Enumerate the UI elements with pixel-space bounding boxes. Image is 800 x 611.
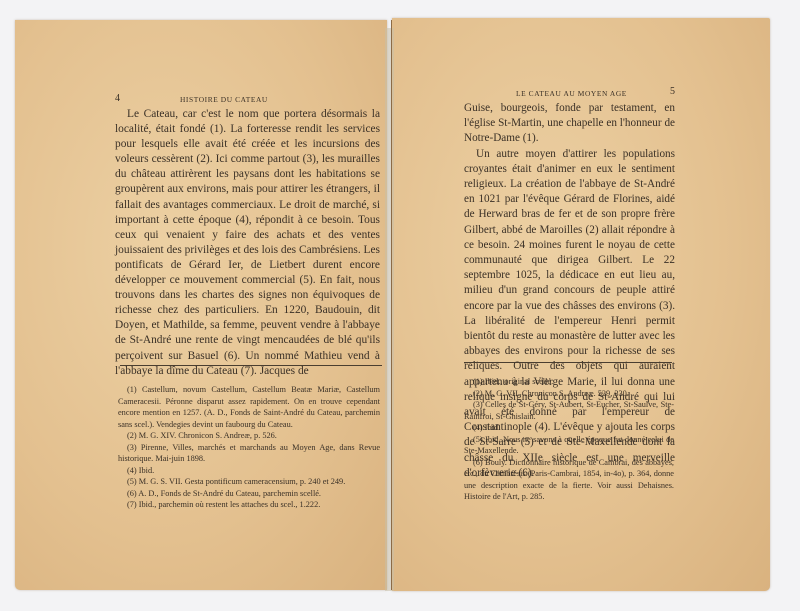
left-body-text: Le Cateau, car c'est le nom que portera … — [115, 107, 380, 379]
footnote: (6) A. D., Fonds de St-André du Cateau, … — [118, 488, 380, 500]
footnote: (5) M. G. S. VII. Gesta pontificum camer… — [118, 476, 380, 488]
left-running-head: HISTOIRE DU CATEAU — [180, 95, 268, 104]
footnote: (3) Celles de St-Géry, St-Aubert, St-Euc… — [464, 399, 674, 422]
footnote: (1) Ibid., original scellé. — [464, 376, 674, 388]
footnote: (4) Ibid. — [118, 465, 380, 477]
left-page-number: 4 — [115, 93, 120, 104]
footnote: (2) M. G. XIV. Chronicon S. Andreæ, p. 5… — [118, 430, 380, 442]
footnote: (7) Ibid., parchemin où restent les atta… — [118, 499, 380, 511]
left-paragraph: Le Cateau, car c'est le nom que portera … — [115, 107, 380, 379]
book-gutter — [385, 28, 394, 591]
footnote: (3) Pirenne, Villes, marchés et marchand… — [118, 442, 380, 465]
footnote: (4) Ibid. — [464, 422, 674, 434]
right-running-head: LE CATEAU AU MOYEN AGE — [516, 89, 627, 98]
footnote: (2) M. G. VII. Chronicon S. Andreæ. 529,… — [464, 388, 674, 400]
right-paragraph: Guise, bourgeois, fonde par testament, e… — [464, 101, 675, 147]
footnote: (1) Castellum, novum Castellum, Castellu… — [118, 384, 380, 430]
footnote: (6) Bouly. Dictionnaire historique de Ca… — [464, 457, 674, 503]
left-footnote-rule — [120, 365, 382, 366]
left-footnotes: (1) Castellum, novum Castellum, Castellu… — [118, 384, 380, 511]
footnote: (5) Ibid. Nous ne savons à quelle époque… — [464, 434, 674, 457]
right-footnotes: (1) Ibid., original scellé. (2) M. G. VI… — [464, 376, 674, 503]
spine-fold — [391, 20, 392, 590]
right-footnote-rule — [464, 362, 672, 363]
right-page-number: 5 — [670, 86, 675, 97]
